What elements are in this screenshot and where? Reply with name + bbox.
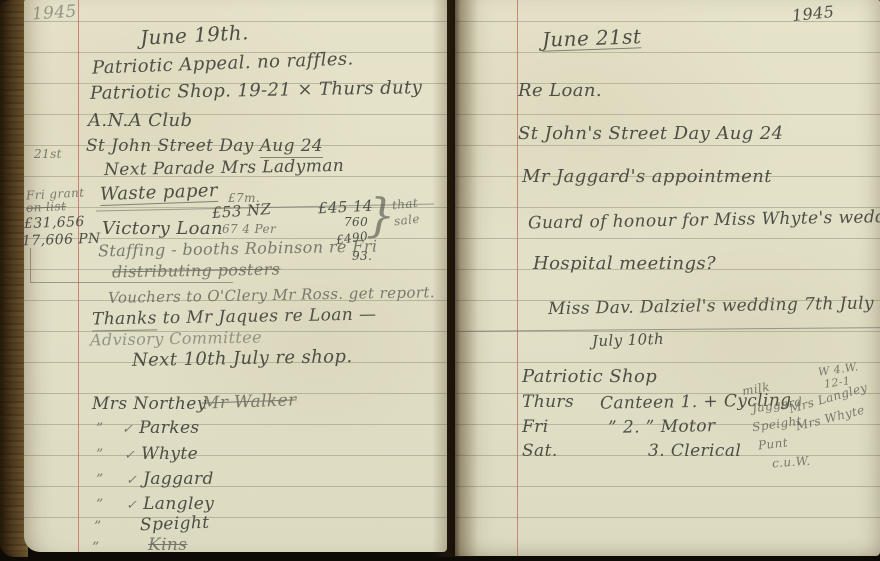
list-item: ✓ Parkes	[122, 420, 200, 437]
name-langley: Langley	[143, 494, 214, 514]
entry-waste-paper: Waste paper	[100, 182, 219, 206]
fig-67: 67 4 Per	[222, 223, 276, 235]
entry-right-street-day: St John's Street Day Aug 24	[518, 125, 783, 143]
margin-bracket-vertical	[30, 248, 31, 282]
right-date-heading: June 21st	[542, 26, 642, 51]
tick-mark: ✓	[126, 473, 137, 488]
list-item: ✓ Langley	[126, 496, 214, 513]
fig-4514: £45 14	[318, 199, 374, 217]
tick-mark: ✓	[126, 498, 137, 513]
name-parkes: Parkes	[139, 418, 199, 438]
rota-day: Fri	[522, 419, 549, 436]
entry-july10: July 10th	[592, 332, 665, 350]
name-speight: Speight	[140, 515, 210, 534]
margin-note-21st: 21st	[34, 148, 62, 160]
list-item: ✓ Jaggard	[126, 471, 214, 488]
entry-street-day: St John Street Day Aug 24	[86, 138, 323, 155]
margin-total: £31,656	[24, 215, 85, 231]
rota-day: Sat.	[522, 443, 558, 460]
street-day-date: Aug 24	[260, 136, 324, 158]
entry-next-parade: Next Parade Mrs Ladyman	[104, 158, 344, 179]
fig-93: 93.	[352, 250, 372, 262]
fig-760: 760	[344, 216, 368, 228]
notebook-scan: 1945 June 19th. Patriotic Appeal. no raf…	[0, 0, 880, 561]
left-year: 1945	[31, 3, 77, 23]
entry-walker-struck: Mr Walker	[202, 392, 297, 412]
entry-victory-loan: Victory Loan	[102, 220, 223, 238]
left-date-heading: June 19th.	[140, 22, 250, 48]
name-jaggard: Jaggard	[143, 469, 214, 489]
ditto-mark: ”	[96, 473, 104, 487]
margin-on-list: on list	[26, 200, 67, 214]
right-year: 1945	[791, 4, 835, 24]
entry-re-loan: Re Loan.	[518, 82, 602, 100]
street-day-text: St John Street Day	[86, 136, 254, 156]
ditto-mark: ”	[96, 422, 104, 436]
entry-hospital-meetings: Hospital meetings?	[533, 255, 716, 273]
ditto-mark: ”	[94, 520, 102, 534]
ditto-mark: ”	[92, 541, 100, 555]
note-punt: Punt	[757, 436, 788, 451]
margin-bracket-horizontal	[30, 282, 233, 283]
rota-day: Thurs	[522, 394, 574, 411]
entry-next-meeting: Next 10th July re shop.	[132, 348, 353, 370]
brace-note-2: sale	[393, 213, 420, 228]
ditto-mark: ”	[96, 448, 104, 462]
entry-ana-club: A.N.A Club	[88, 112, 192, 130]
entry-northey: Mrs Northey	[92, 396, 207, 413]
entry-jaggard-appointment: Mr Jaggard's appointment	[522, 168, 772, 186]
left-margin-line	[78, 0, 79, 552]
rota-task: 3. Clerical	[648, 443, 741, 460]
brace-note-1: that	[391, 197, 418, 212]
thanks-rest: to Mr Jaques re Loan —	[162, 305, 376, 329]
ditto-mark: ”	[96, 498, 104, 512]
thanks-underlined: Thanks	[92, 308, 157, 331]
entry-thanks: Thanks to Mr Jaques re Loan —	[92, 307, 377, 329]
tick-mark: ✓	[122, 422, 133, 437]
name-whyte: Whyte	[141, 444, 198, 464]
name-kins-struck: Kins	[148, 537, 187, 554]
entry-distributing: distributing posters	[112, 262, 281, 281]
margin-pn: 17,606 PN	[22, 232, 101, 249]
list-item: ✓ Whyte	[124, 446, 198, 463]
tick-mark: ✓	[124, 448, 135, 463]
rota-task: ” 2. ” Motor	[608, 418, 716, 437]
entry-advisory: Advisory Committee	[90, 330, 262, 349]
entry-right-shop-heading: Patriotic Shop	[522, 368, 657, 386]
note-cuw: c.u.W.	[772, 455, 811, 470]
